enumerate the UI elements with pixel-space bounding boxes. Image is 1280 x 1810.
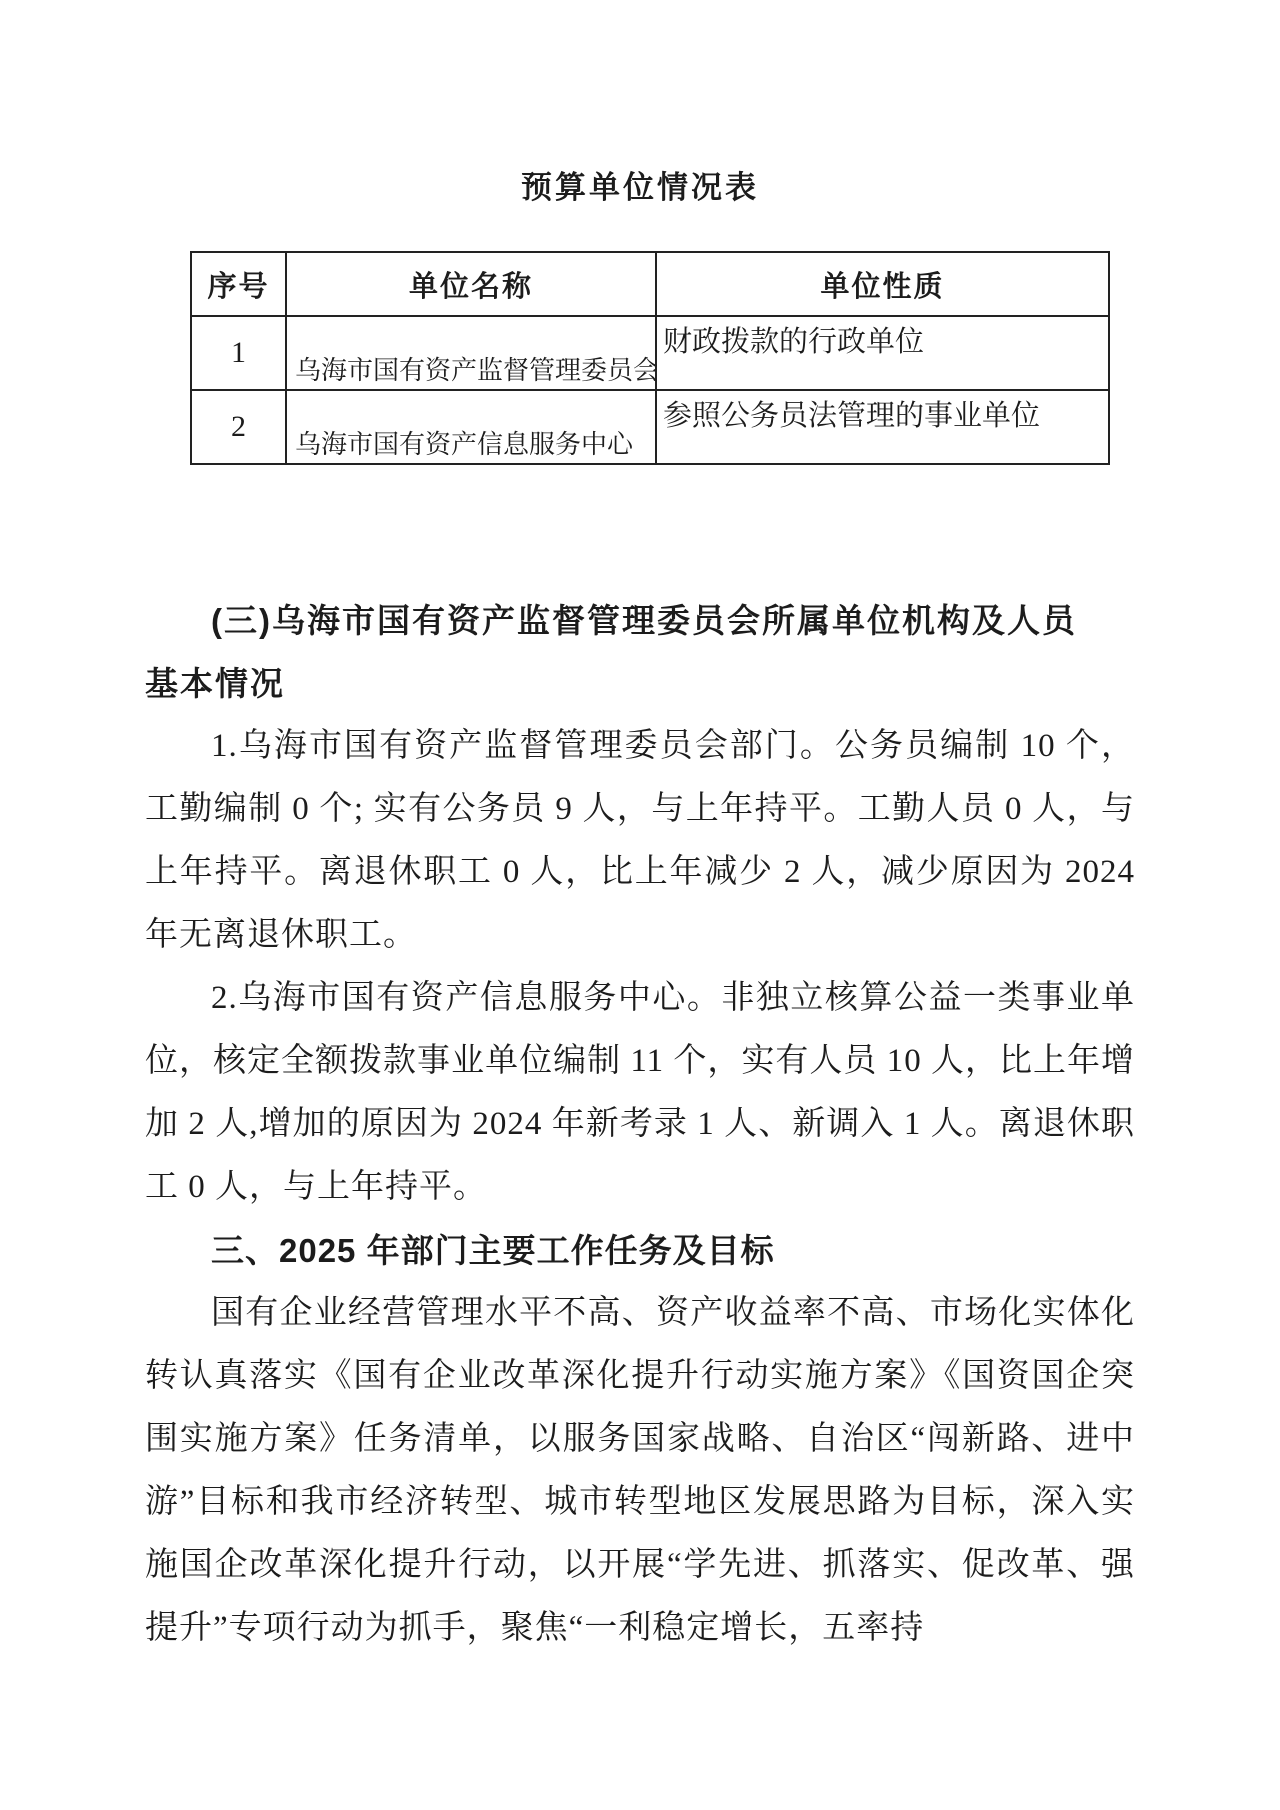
row1-unit-nature: 财政拨款的行政单位 (656, 316, 1109, 390)
col-header-unit-name: 单位名称 (286, 252, 656, 316)
row1-index: 1 (191, 316, 286, 390)
section-heading-3: (三)乌海市国有资产监督管理委员会所属单位机构及人员 基本情况 (145, 589, 1135, 715)
row2-unit-name: 乌海市国有资产信息服务中心 (286, 390, 656, 464)
paragraph-sasac-department: 1.乌海市国有资产监督管理委员会部门。公务员编制 10 个，工勤编制 0 个; … (145, 715, 1135, 967)
col-header-unit-nature: 单位性质 (656, 252, 1109, 316)
paragraph-work-tasks: 国有企业经营管理水平不高、资产收益率不高、市场化实体化转认真落实《国有企业改革深… (145, 1282, 1135, 1660)
row2-unit-nature: 参照公务员法管理的事业单位 (656, 390, 1109, 464)
budget-units-table: 序号 单位名称 单位性质 1 乌海市国有资产监督管理委员会本级 财政拨款的行政单… (190, 251, 1110, 465)
table-header-row: 序号 单位名称 单位性质 (191, 252, 1109, 316)
document-page: 预算单位情况表 序号 单位名称 单位性质 1 乌海市国有资产监督管理委员会本级 … (0, 0, 1280, 1810)
row2-index: 2 (191, 390, 286, 464)
table-row: 2 乌海市国有资产信息服务中心 参照公务员法管理的事业单位 (191, 390, 1109, 464)
col-header-index: 序号 (191, 252, 286, 316)
section-heading-tasks: 三、2025 年部门主要工作任务及目标 (145, 1219, 1135, 1282)
table-title: 预算单位情况表 (145, 162, 1135, 207)
table-row: 1 乌海市国有资产监督管理委员会本级 财政拨款的行政单位 (191, 316, 1109, 390)
paragraph-info-service-center: 2.乌海市国有资产信息服务中心。非独立核算公益一类事业单位，核定全额拨款事业单位… (145, 967, 1135, 1219)
row1-unit-name: 乌海市国有资产监督管理委员会本级 (286, 316, 656, 390)
section-heading-3-line1: (三)乌海市国有资产监督管理委员会所属单位机构及人员 (211, 602, 1077, 639)
section-heading-3-line2: 基本情况 (145, 665, 285, 702)
